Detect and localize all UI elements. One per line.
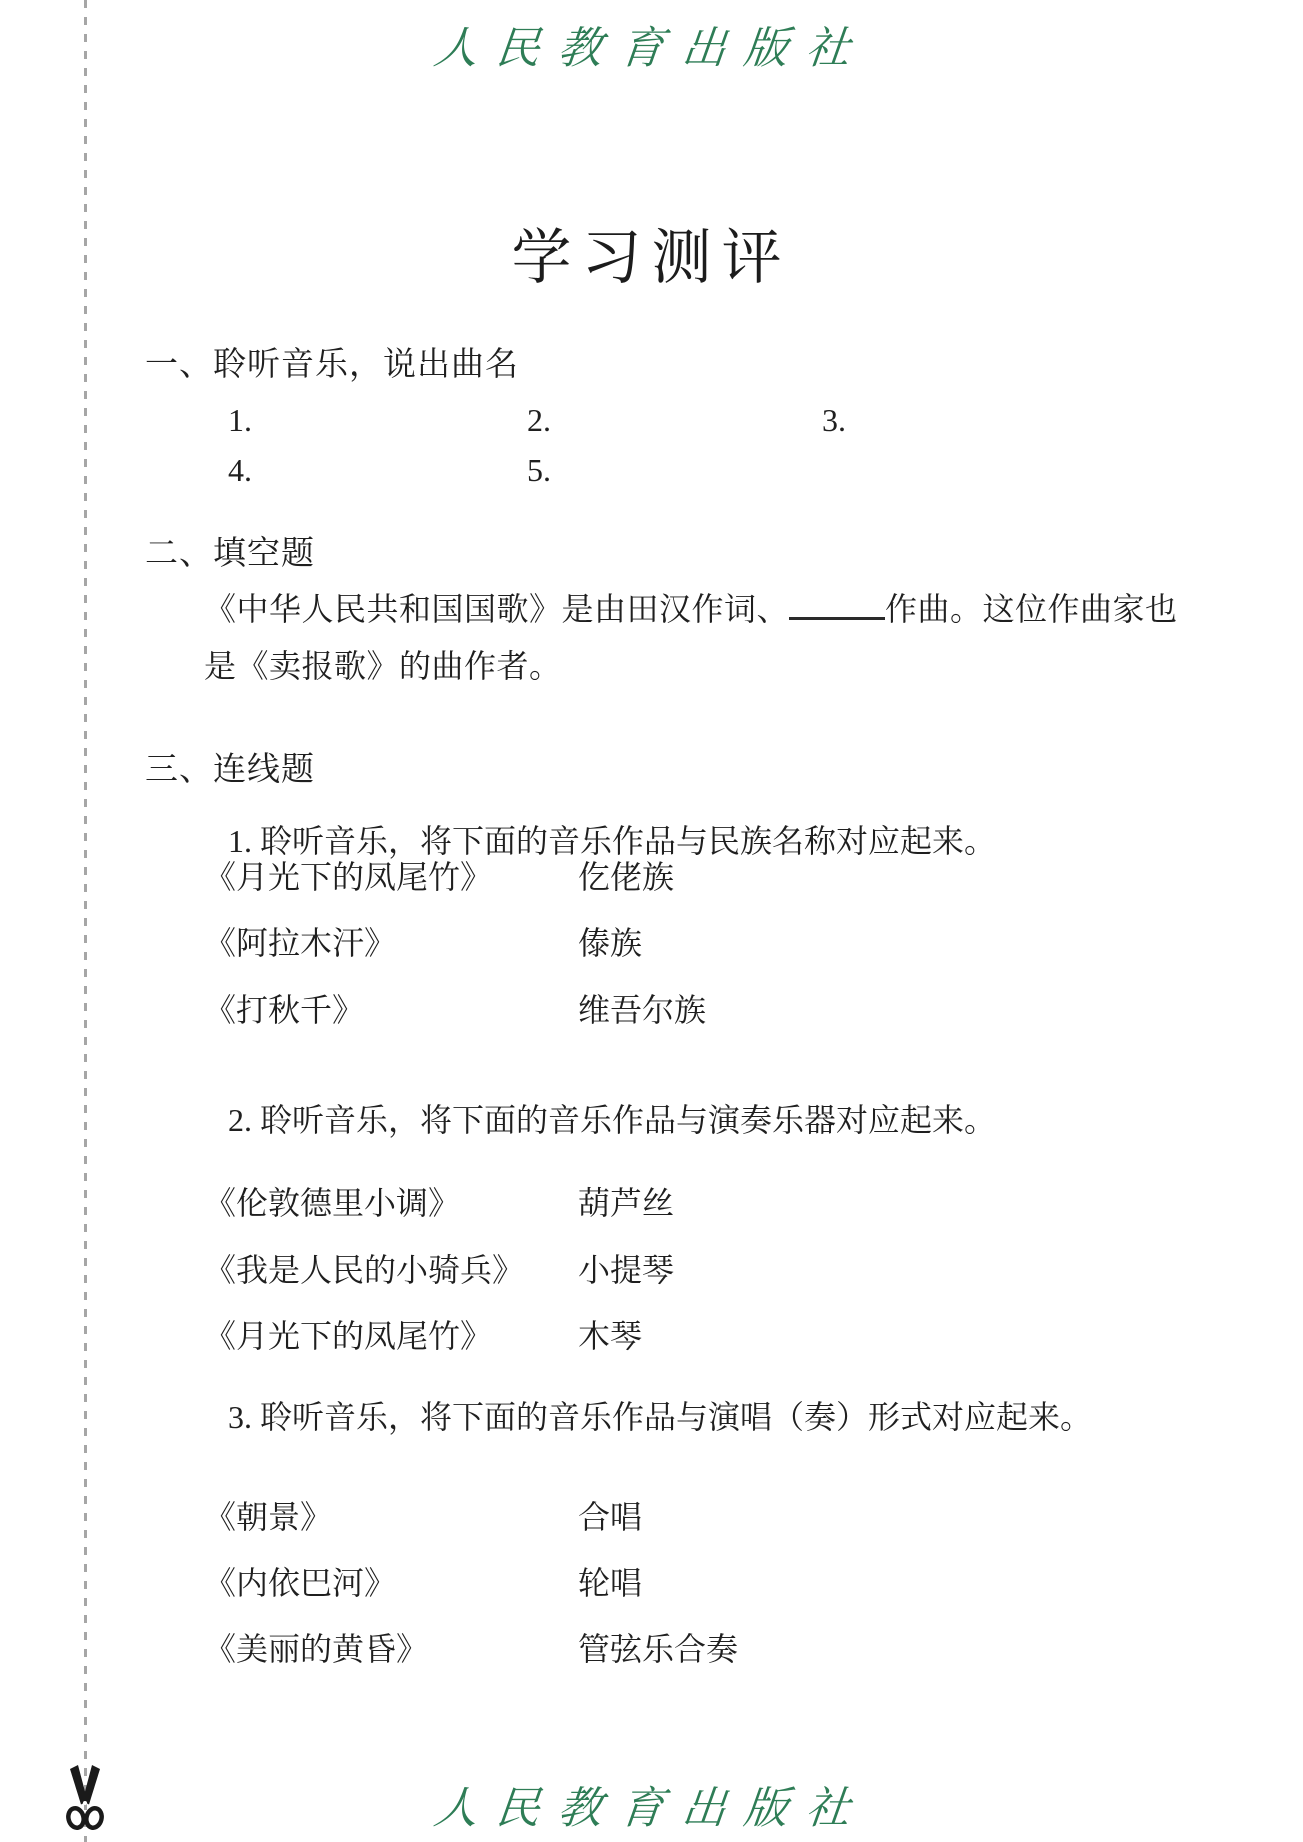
- fill-blank-sentence-line2: 是《卖报歌》的曲作者。: [204, 641, 562, 687]
- music-piece-title: 《月光下的凤尾竹》: [204, 852, 492, 898]
- match-option: 仡佬族: [578, 852, 674, 898]
- section-one-heading: 一、聆听音乐，说出曲名: [145, 338, 519, 385]
- answer-number-1: 1.: [228, 402, 252, 439]
- answer-number-5: 5.: [527, 452, 551, 489]
- fill-blank-text-after: 作曲。这位作曲家也: [885, 591, 1178, 627]
- music-piece-title: 《朝景》: [204, 1492, 332, 1538]
- publisher-logo-header: 人民教育出版社: [0, 12, 1303, 76]
- match-option: 合唱: [578, 1492, 642, 1538]
- answer-number-2: 2.: [527, 402, 551, 439]
- section-two-heading: 二、填空题: [145, 527, 315, 574]
- match-option: 轮唱: [578, 1558, 642, 1604]
- music-piece-title: 《打秋千》: [204, 985, 364, 1031]
- match-option: 维吾尔族: [578, 985, 706, 1031]
- match-option: 葫芦丝: [578, 1178, 674, 1224]
- fill-in-blank-underline: [789, 583, 885, 620]
- music-piece-title: 《我是人民的小骑兵》: [204, 1245, 524, 1291]
- worksheet-page: 人民教育出版社 学习测评 一、聆听音乐，说出曲名 1. 2. 3. 4. 5. …: [0, 0, 1303, 1842]
- music-piece-title: 《阿拉木汗》: [204, 918, 396, 964]
- publisher-logo-footer: 人民教育出版社: [0, 1772, 1303, 1836]
- page-title: 学习测评: [0, 210, 1303, 296]
- music-piece-title: 《月光下的凤尾竹》: [204, 1311, 492, 1357]
- matching-question-2-lead: 2. 聆听音乐，将下面的音乐作品与演奏乐器对应起来。: [228, 1095, 996, 1141]
- music-piece-title: 《伦敦德里小调》: [204, 1178, 460, 1224]
- match-option: 小提琴: [578, 1245, 674, 1291]
- matching-question-3-lead: 3. 聆听音乐，将下面的音乐作品与演唱（奏）形式对应起来。: [228, 1392, 1092, 1438]
- match-option: 管弦乐合奏: [578, 1624, 738, 1670]
- fill-blank-sentence-line1: 《中华人民共和国国歌》是由田汉作词、作曲。这位作曲家也: [204, 583, 1178, 630]
- music-piece-title: 《美丽的黄昏》: [204, 1624, 428, 1670]
- answer-number-3: 3.: [822, 402, 846, 439]
- match-option: 傣族: [578, 918, 642, 964]
- section-three-heading: 三、连线题: [145, 743, 315, 790]
- answer-number-4: 4.: [228, 452, 252, 489]
- music-piece-title: 《内依巴河》: [204, 1558, 396, 1604]
- fill-blank-text-before: 《中华人民共和国国歌》是由田汉作词、: [204, 591, 789, 627]
- match-option: 木琴: [578, 1311, 642, 1357]
